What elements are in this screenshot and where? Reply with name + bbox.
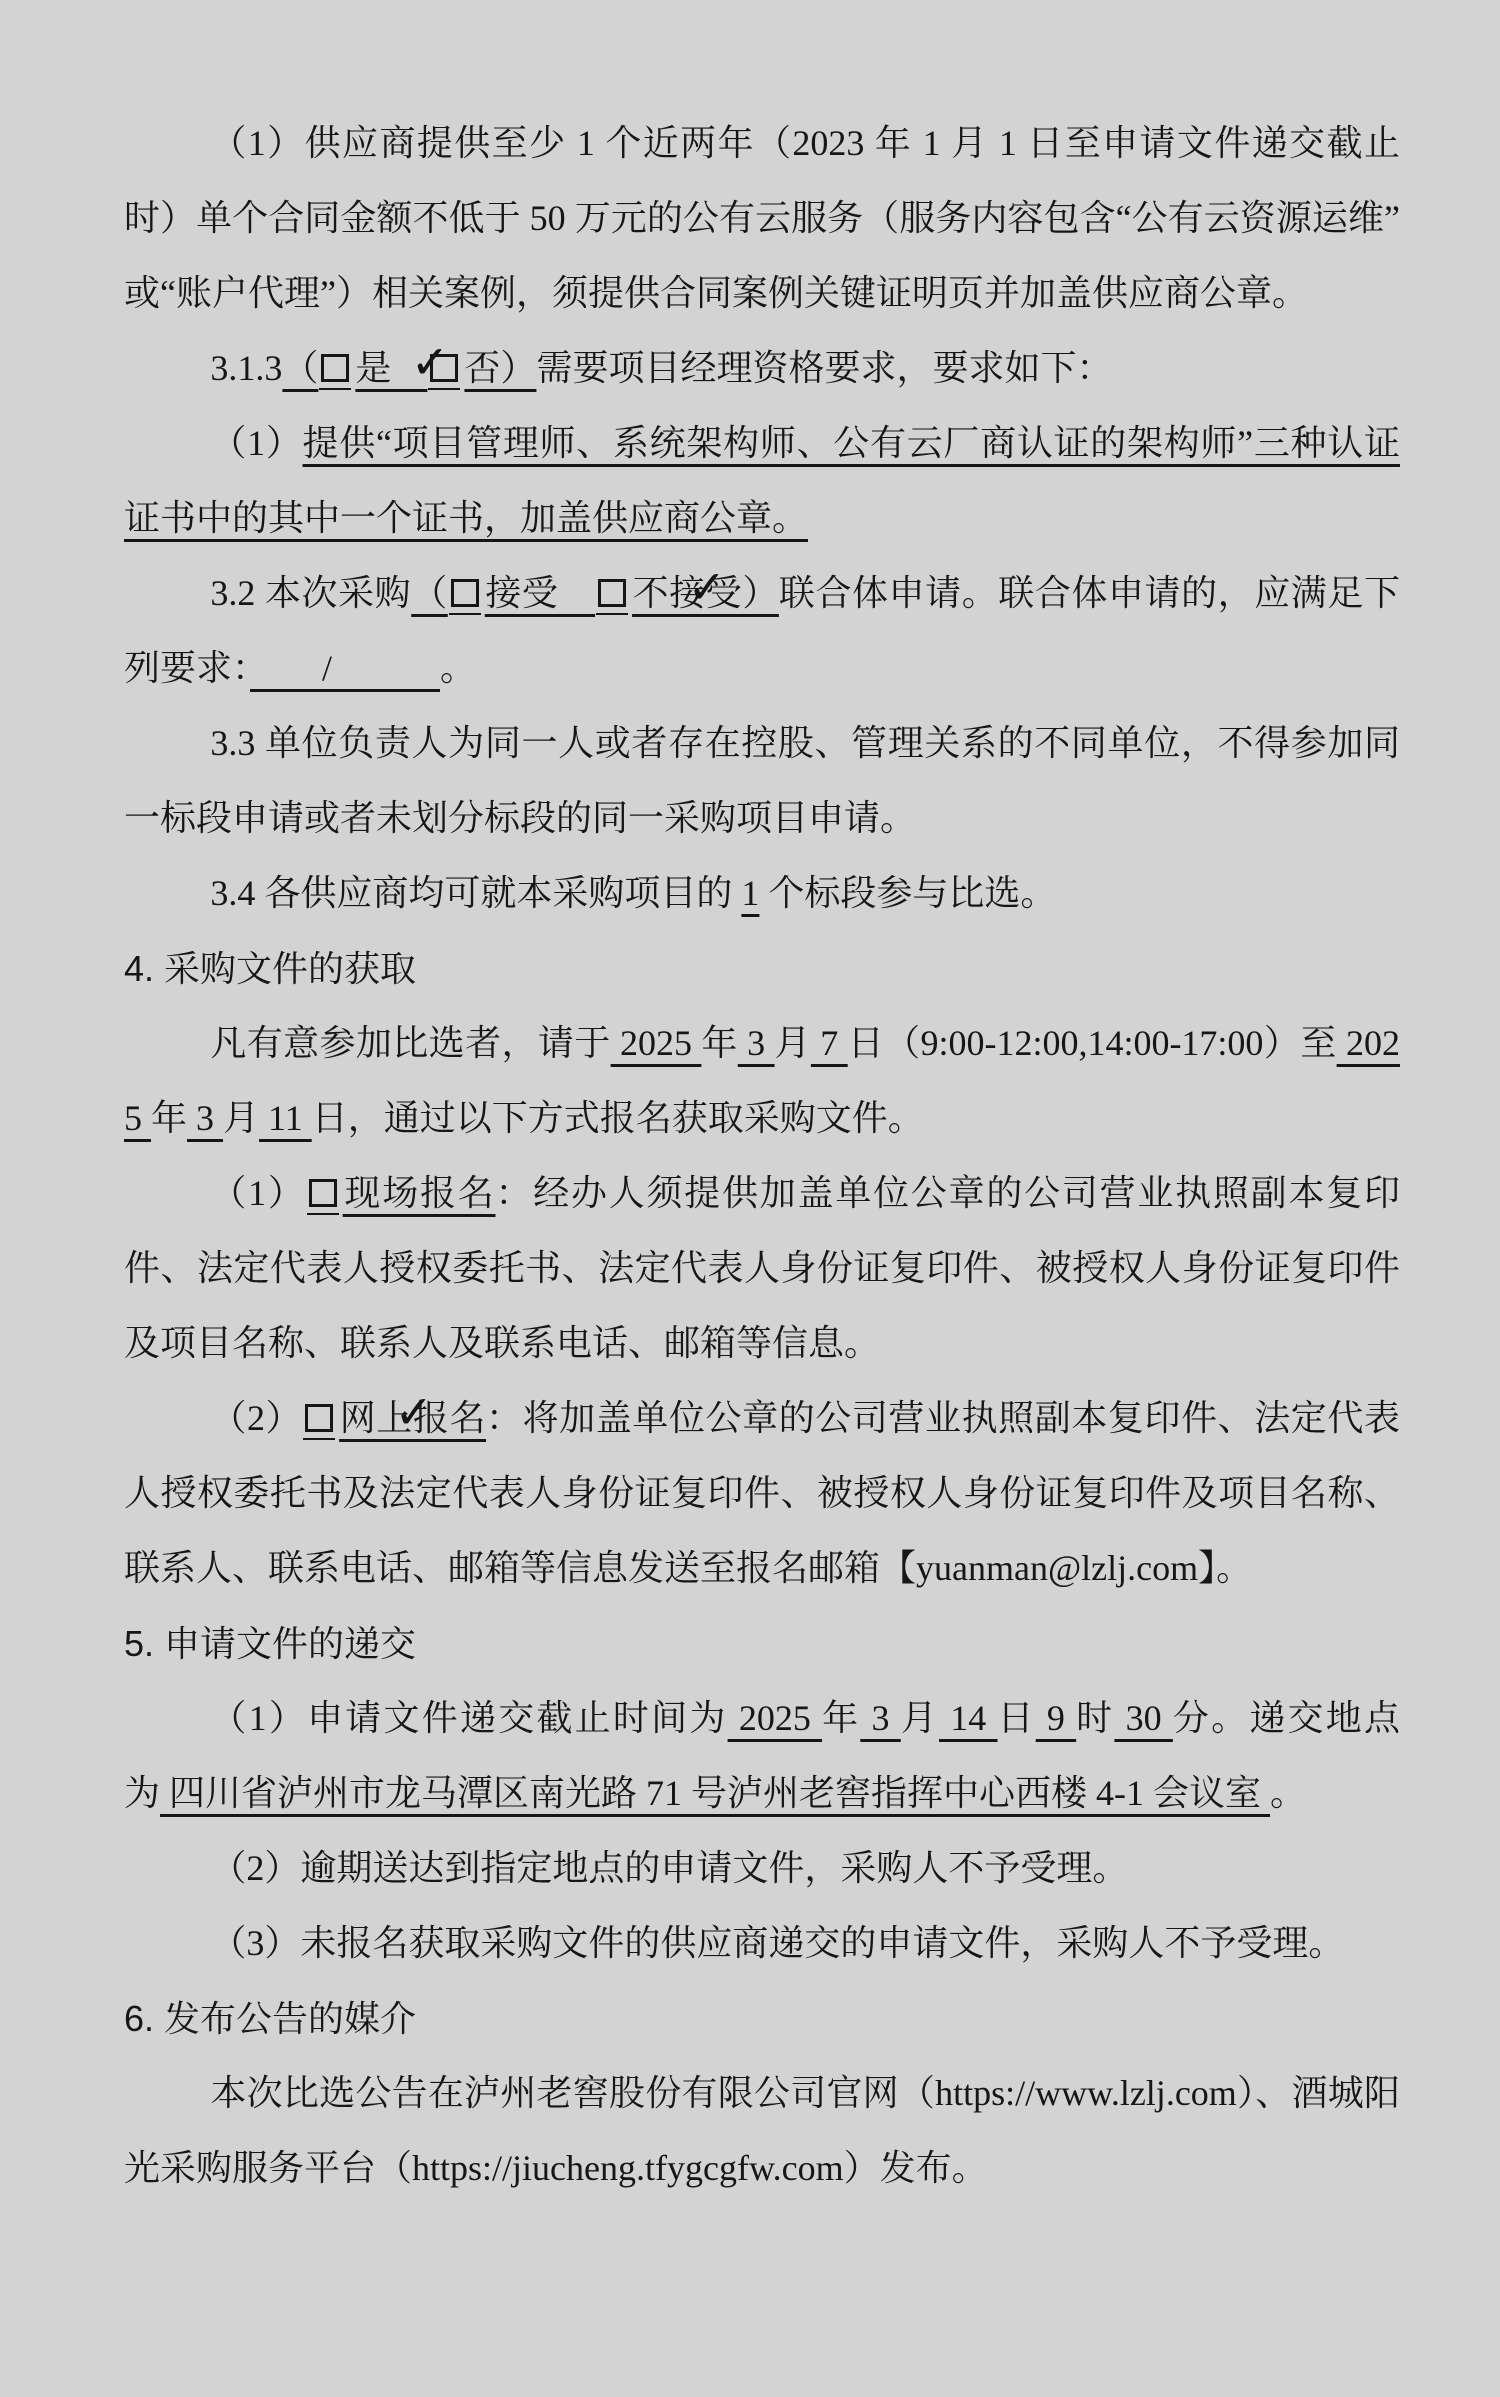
text-segment: 3.4 各供应商均可就本采购项目的: [210, 873, 741, 913]
text-segment: 6. 发布公告的媒介: [124, 1998, 416, 2039]
text-segment: 3.1.3: [210, 348, 282, 388]
text-segment: （: [282, 348, 318, 388]
text-segment: 。: [1270, 1773, 1306, 1813]
text-segment: 月: [775, 1023, 811, 1063]
text-segment: （1）: [210, 423, 302, 463]
text-segment: 3: [860, 1698, 900, 1738]
text-segment: （1）供应商提供至少 1 个近两年（2023 年 1 月 1 日至申请文件递交截…: [124, 123, 1400, 313]
text-segment: 日（9:00-12:00,14:00-17:00）至: [848, 1023, 1337, 1063]
text-segment: 本次比选公告在泸州老窖股份有限公司官网（https://www.lzlj.com…: [124, 2073, 1400, 2188]
clause-6-announcement-media: 本次比选公告在泸州老窖股份有限公司官网（https://www.lzlj.com…: [124, 2056, 1400, 2206]
text-segment: 4. 采购文件的获取: [124, 948, 416, 989]
text-segment: （: [411, 573, 448, 613]
check-mark: ✓: [601, 564, 726, 610]
text-segment: 2025: [611, 1023, 702, 1063]
text-segment: 11: [259, 1098, 312, 1138]
checkbox-checked-icon: ✓: [598, 579, 626, 607]
text-segment: 否）: [464, 348, 536, 388]
text-segment: 接受: [485, 573, 595, 613]
document-page: （1）供应商提供至少 1 个近两年（2023 年 1 月 1 日至申请文件递交截…: [0, 0, 1500, 2397]
text-segment: 14: [939, 1698, 997, 1738]
text-segment: 月: [223, 1098, 259, 1138]
clause-3-3-same-controller: 3.3 单位负责人为同一人或者存在控股、管理关系的不同单位，不得参加同一标段申请…: [124, 706, 1400, 856]
text-segment: 7: [811, 1023, 848, 1063]
clause-5-3-unregistered-submission: （3）未报名获取采购文件的供应商递交的申请文件，采购人不予受理。: [124, 1906, 1400, 1981]
text-segment: （1）: [210, 1173, 305, 1213]
clause-4-1-onsite-registration: （1）现场报名：经办人须提供加盖单位公章的公司营业执照副本复印件、法定代表人授权…: [124, 1156, 1400, 1381]
text-segment: 四川省泸州市龙马潭区南光路 71 号泸州老窖指挥中心西楼 4-1 会议室: [160, 1773, 1270, 1813]
text-segment: （3）未报名获取采购文件的供应商递交的申请文件，采购人不予受理。: [210, 1923, 1344, 1963]
clause-4-obtain-time: 凡有意参加比选者，请于 2025 年 3 月 7 日（9:00-12:00,14…: [124, 1006, 1400, 1156]
text-segment: 3.2 本次采购: [210, 573, 411, 613]
text-segment: 30: [1114, 1698, 1172, 1738]
text-segment: （2）: [210, 1398, 302, 1438]
clause-3-1-3-pm-qualification: 3.1.3（✓是 否）需要项目经理资格要求，要求如下：: [124, 331, 1400, 406]
text-segment: 年: [151, 1098, 187, 1138]
clause-3-1-supplier-case: （1）供应商提供至少 1 个近两年（2023 年 1 月 1 日至申请文件递交截…: [124, 106, 1400, 331]
text-segment: 3: [187, 1098, 223, 1138]
section-6-heading: 6. 发布公告的媒介: [124, 1981, 1400, 2056]
text-segment: 3.3 单位负责人为同一人或者存在控股、管理关系的不同单位，不得参加同一标段申请…: [124, 723, 1400, 838]
text-segment: （1）申请文件递交截止时间为: [210, 1698, 727, 1738]
text-segment: 个标段参与比选。: [759, 873, 1056, 913]
text-segment: 月: [901, 1698, 939, 1738]
text-segment: 提供“项目管理师、系统架构师、公有云厂商认证的架构师”三种认证证书中的其中一个证…: [124, 423, 1400, 538]
text-segment: 9: [1036, 1698, 1076, 1738]
clause-5-2-late-submission: （2）逾期送达到指定地点的申请文件，采购人不予受理。: [124, 1831, 1400, 1906]
text-segment: 凡有意参加比选者，请于: [210, 1023, 610, 1063]
text-segment: 5. 申请文件的递交: [124, 1623, 416, 1664]
text-segment: 日，通过以下方式报名获取采购文件。: [312, 1098, 924, 1138]
text-segment: 年: [822, 1698, 860, 1738]
text-segment: 1: [741, 873, 759, 913]
text-segment: /: [250, 648, 440, 688]
checkbox-unchecked-icon: [309, 1179, 337, 1207]
checkbox-unchecked-icon: [451, 579, 479, 607]
checkbox-checked-icon: ✓: [305, 1404, 333, 1432]
text-segment: 现场报名: [343, 1173, 496, 1213]
text-segment: 年: [701, 1023, 737, 1063]
clause-5-1-deadline-location: （1）申请文件递交截止时间为 2025 年 3 月 14 日 9 时 30 分。…: [124, 1681, 1400, 1831]
clause-3-2-consortium: 3.2 本次采购（接受 ✓不接受）联合体申请。联合体申请的，应满足下列要求： /…: [124, 556, 1400, 706]
clause-4-2-online-registration: （2）✓网上报名：将加盖单位公章的公司营业执照副本复印件、法定代表人授权委托书及…: [124, 1381, 1400, 1606]
text-segment: 。: [440, 648, 476, 688]
text-segment: 时: [1076, 1698, 1114, 1738]
check-mark: ✓: [308, 1389, 433, 1435]
section-4-heading: 4. 采购文件的获取: [124, 931, 1400, 1006]
checkbox-checked-icon: ✓: [321, 354, 349, 382]
text-segment: 2025: [728, 1698, 822, 1738]
clause-3-1-3-item-1-certificates: （1）提供“项目管理师、系统架构师、公有云厂商认证的架构师”三种认证证书中的其中…: [124, 406, 1400, 556]
text-segment: 日: [997, 1698, 1035, 1738]
section-5-heading: 5. 申请文件的递交: [124, 1606, 1400, 1681]
clause-3-4-lot-participation: 3.4 各供应商均可就本采购项目的 1 个标段参与比选。: [124, 856, 1400, 931]
text-segment: （2）逾期送达到指定地点的申请文件，采购人不予受理。: [210, 1848, 1128, 1888]
checkbox-unchecked-icon: [430, 354, 458, 382]
text-segment: 需要项目经理资格要求，要求如下：: [536, 348, 1112, 388]
text-segment: 3: [738, 1023, 775, 1063]
